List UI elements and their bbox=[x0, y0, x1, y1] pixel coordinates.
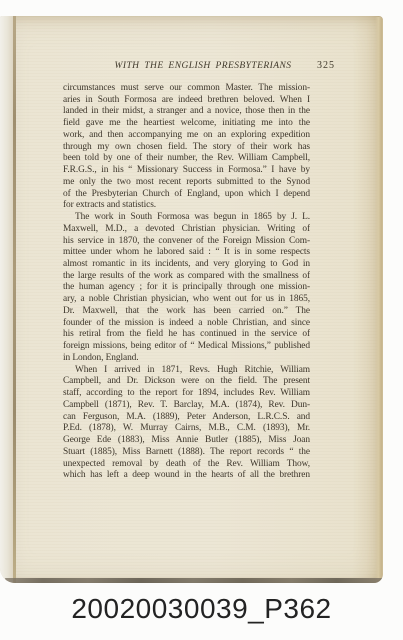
text-line: The work in South Formosa was begun in 1… bbox=[63, 212, 310, 224]
text-line: foreign missions, being editor of “ Medi… bbox=[63, 341, 310, 353]
text-line: Campbell, and Dr. Dickson were on the fi… bbox=[63, 376, 310, 388]
text-line: field gave me the heartiest welcome, ini… bbox=[63, 118, 310, 130]
text-line: Maxwell, M.D., a devoted Christian physi… bbox=[63, 224, 310, 236]
text-line: Campbell (1871), Rev. T. Barclay, M.A. (… bbox=[63, 400, 310, 412]
text-line: aries in South Formosa are indeed brethr… bbox=[63, 95, 310, 107]
text-line: George Ede (1883), Miss Annie Butler (18… bbox=[63, 435, 310, 447]
text-line: through my own chosen field. The story o… bbox=[63, 142, 310, 154]
text-line: can Ferguson, M.A. (1889), Peter Anderso… bbox=[63, 412, 310, 424]
text-line: the human agency ; for it is principally… bbox=[63, 282, 310, 294]
text-line: When I arrived in 1871, Revs. Hugh Ritch… bbox=[63, 365, 310, 377]
text-line: F.R.G.S., in his “ Missionary Success in… bbox=[63, 165, 310, 177]
paragraph: When I arrived in 1871, Revs. Hugh Ritch… bbox=[63, 365, 310, 482]
text-line: been told by one of their number, the Re… bbox=[63, 153, 310, 165]
text-line: landed in their midst, a stranger and a … bbox=[63, 106, 310, 118]
catalog-id-label: 20020030039_P362 bbox=[0, 592, 403, 626]
gutter-crease-line bbox=[13, 16, 16, 583]
page-right-edge bbox=[375, 17, 383, 581]
page-bottom-edge bbox=[5, 578, 382, 583]
book-page: WITH THE ENGLISH PRESBYTERIANS 325 circu… bbox=[0, 16, 383, 583]
text-line: Stuart (1885), Miss Barnett (1888). The … bbox=[63, 447, 310, 459]
text-line: the large results of the work as compare… bbox=[63, 271, 310, 283]
paragraph: circumstances must serve our common Mast… bbox=[63, 83, 310, 212]
text-line: almost romantic in its incidents, and ve… bbox=[63, 259, 310, 271]
page-number: 325 bbox=[317, 60, 335, 71]
text-line: mittee under whom he labored said : “ It… bbox=[63, 247, 310, 259]
text-line: his retiral from the field he has contin… bbox=[63, 329, 310, 341]
running-head: WITH THE ENGLISH PRESBYTERIANS bbox=[63, 61, 317, 71]
text-line: P.Ed. (1878), W. Murray Cairns, M.B., C.… bbox=[63, 423, 310, 435]
text-line: me only the two most recent reports subm… bbox=[63, 177, 310, 189]
text-line: of the Presbyterian Church of England, u… bbox=[63, 189, 310, 201]
paragraph: The work in South Formosa was begun in 1… bbox=[63, 212, 310, 365]
text-line: work, and then accompanying me on an exp… bbox=[63, 130, 310, 142]
text-line: Dr. Maxwell, that the work has been carr… bbox=[63, 306, 310, 318]
text-line: ary, a noble Christian physician, who we… bbox=[63, 294, 310, 306]
scanned-document: WITH THE ENGLISH PRESBYTERIANS 325 circu… bbox=[0, 0, 403, 640]
text-line: staff, according to the report for 1894,… bbox=[63, 388, 310, 400]
text-line: unexpected removal by death of the Rev. … bbox=[63, 459, 310, 471]
text-line: which has left a deep wound in the heart… bbox=[63, 470, 310, 482]
page-header: WITH THE ENGLISH PRESBYTERIANS 325 bbox=[63, 60, 335, 71]
text-line: for extracts and statistics. bbox=[63, 200, 310, 212]
body-text: circumstances must serve our common Mast… bbox=[63, 83, 310, 482]
text-line: his service in 1870, the convener of the… bbox=[63, 236, 310, 248]
text-line: circumstances must serve our common Mast… bbox=[63, 83, 310, 95]
text-line: founder of the mission is indeed a noble… bbox=[63, 318, 310, 330]
text-line: in London, England. bbox=[63, 353, 310, 365]
underlying-page-edge bbox=[0, 16, 13, 583]
